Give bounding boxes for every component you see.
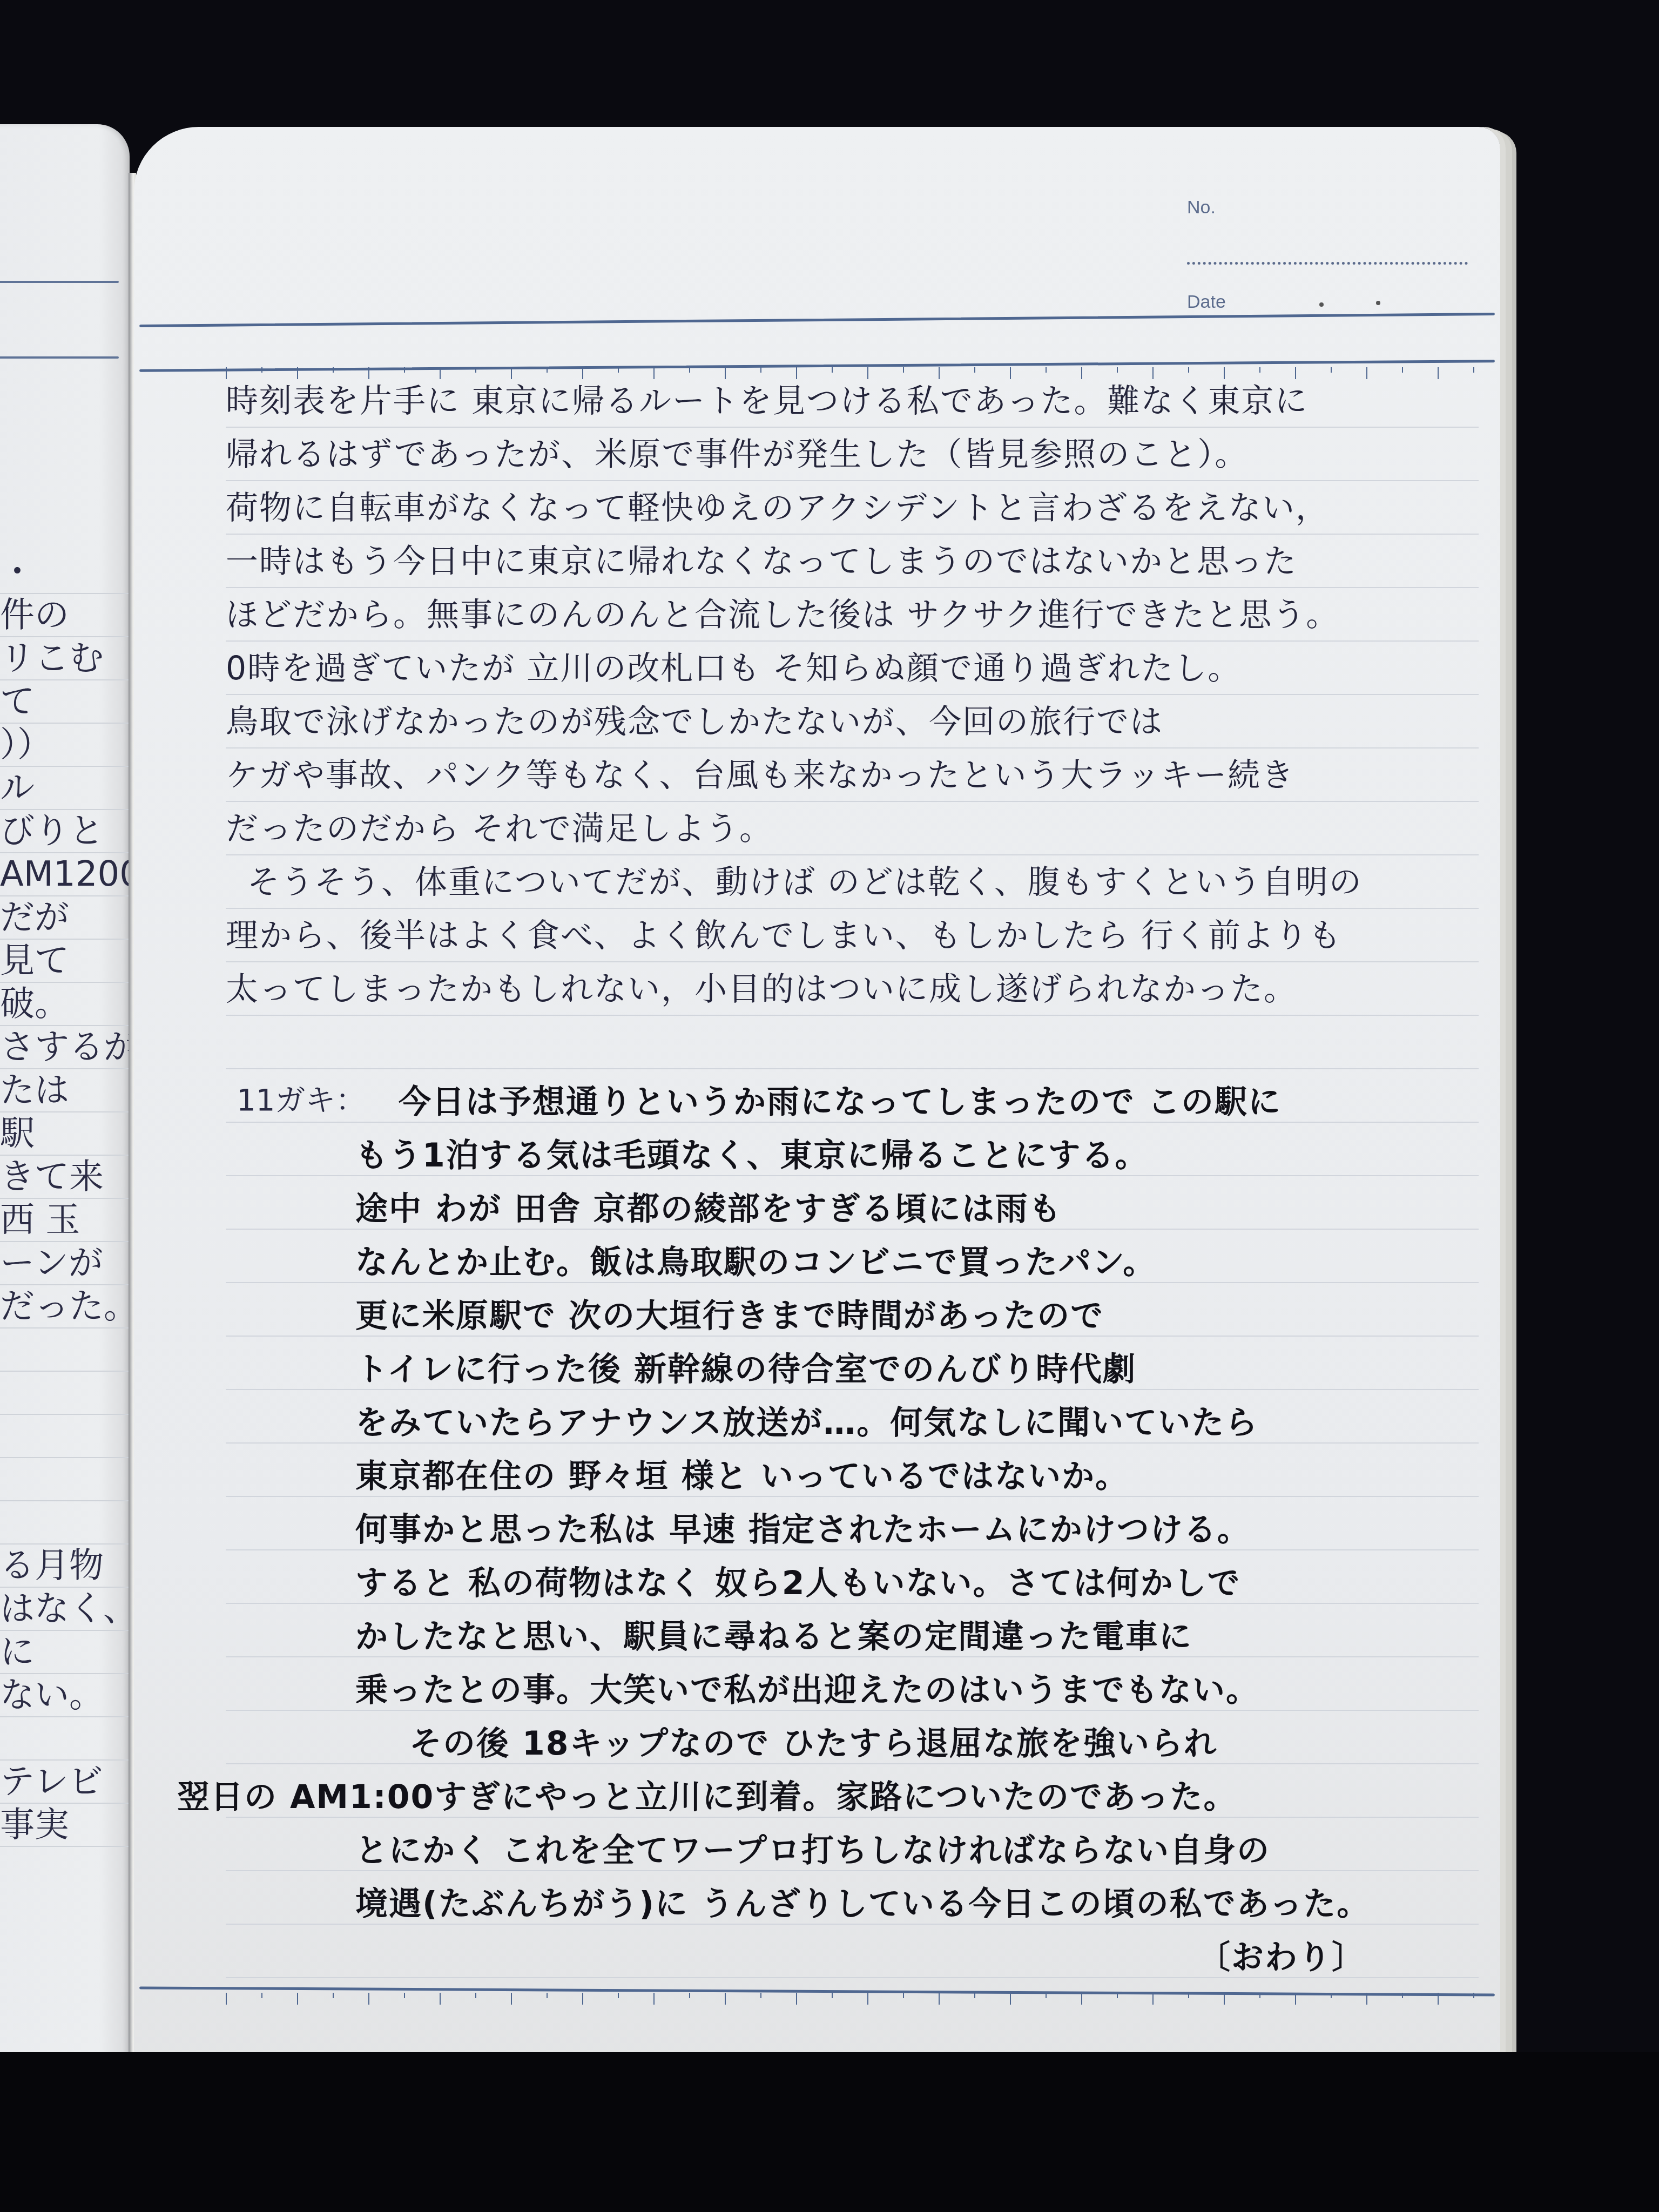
- rule-tick-mark: [1473, 1993, 1474, 1998]
- rule-tick-mark: [1117, 367, 1118, 373]
- rule-tick-mark: [1259, 367, 1260, 373]
- ruled-line: [226, 694, 1479, 695]
- rule-tick-mark: [1366, 1993, 1367, 2005]
- rule-tick-mark: [1046, 367, 1047, 373]
- no-label: No.: [1187, 197, 1216, 218]
- rule-tick-mark: [1295, 1993, 1296, 2005]
- rule-tick-mark: [261, 1993, 262, 1998]
- ruled-line: [226, 747, 1479, 748]
- rule-tick-mark: [867, 1993, 868, 2005]
- paragraph-3-line: 翌日の AM1:00すぎにやっと立川に到着。家路についたのであった。: [177, 1771, 1237, 1818]
- ruled-line: [226, 908, 1479, 909]
- rule-tick-mark: [1046, 1993, 1047, 1998]
- left-page-fragment: ーンが: [0, 1242, 130, 1285]
- left-page-fragment: て: [0, 680, 130, 724]
- left-page-fragment: 事実: [0, 1804, 130, 1847]
- paragraph-2-line: 太ってしまったかもしれない，小目的はついに成し遂げられなかった。: [226, 963, 1297, 1010]
- rule-tick-mark: [760, 1993, 761, 1998]
- rule-tick-mark: [1117, 1993, 1118, 1998]
- ruled-line: [226, 534, 1479, 535]
- rule-tick-mark: [1010, 1993, 1011, 2005]
- paragraph-3-line: かしたなと思い、駅員に尋ねると案の定間違った電車に: [355, 1611, 1192, 1657]
- paragraph-3-line: 何事かと思った私は 早速 指定されたホームにかけつける。: [355, 1504, 1251, 1550]
- rule-tick-mark: [618, 367, 619, 373]
- left-page-fragment: [0, 1372, 130, 1415]
- rule-tick-mark: [261, 367, 262, 373]
- paragraph-2-line: 理から、後半はよく食べ、よく飲んでしまい、もしかしたら 行く前よりも: [226, 910, 1342, 956]
- left-page-fragment: 西 玉: [0, 1199, 130, 1242]
- no-field-dotted-line: [1187, 262, 1468, 265]
- rule-tick-mark: [653, 1993, 655, 2005]
- paragraph-1-line: ほどだから。無事にのんのんと合流した後は サクサク進行できたと思う。: [226, 589, 1339, 636]
- rule-tick-mark: [689, 367, 690, 373]
- rule-tick-mark: [1402, 367, 1403, 373]
- paragraph-1-line: 一時はもう今日中に東京に帰れなくなってしまうのではないかと思った: [226, 536, 1297, 582]
- left-page-fragment: [0, 1458, 130, 1501]
- rule-tick-mark: [1331, 367, 1332, 373]
- rule-tick-mark: [582, 1993, 583, 2005]
- paragraph-1-line: 帰れるはずであったが、米原で事件が発生した（皆見参照のこと）。: [226, 429, 1248, 475]
- rule-tick-mark: [832, 1993, 833, 1998]
- rule-tick-mark: [404, 367, 405, 373]
- rule-tick-mark: [1081, 1993, 1082, 2005]
- left-page-fragment: ・: [0, 551, 130, 594]
- left-page-text-fragments: ・件のリこむて））ルびりとAM1200だが見て破。さするがたは駅きて来西 玉ーン…: [0, 551, 130, 1847]
- rule-tick-mark: [939, 1993, 940, 2005]
- left-page-fragment: きて来: [0, 1156, 130, 1199]
- date-label: Date: [1187, 292, 1226, 313]
- paragraph-3-line: 途中 わが 田舎 京都の綾部をすぎる頃には雨も: [355, 1183, 1062, 1230]
- rule-tick-mark: [297, 1993, 298, 2005]
- rule-tick-mark: [1259, 1993, 1260, 1998]
- rule-tick-mark: [1224, 1993, 1225, 2005]
- rule-tick-mark: [547, 367, 548, 373]
- ruled-line: [226, 961, 1479, 962]
- rule-tick-mark: [903, 367, 904, 373]
- left-page-fragment: さするが: [0, 1026, 130, 1069]
- rule-tick-mark: [475, 1993, 476, 1998]
- section-label: 11ガキ：: [237, 1076, 366, 1120]
- rule-tick-mark: [1331, 1993, 1332, 1998]
- paragraph-1-line: 時刻表を片手に 東京に帰るルートを見つける私であった。難なく東京に: [226, 375, 1308, 422]
- rule-tick-mark: [689, 1993, 690, 1998]
- rule-tick-mark: [1188, 367, 1189, 373]
- paragraph-3-line: 乗ったとの事。大笑いで私が出迎えたのはいうまでもない。: [355, 1664, 1259, 1711]
- left-page-fragment: はなく、: [0, 1588, 130, 1631]
- left-page-fragment: [0, 1501, 130, 1545]
- paragraph-1-line: 荷物に自転車がなくなって軽快ゆえのアクシデントと言わざるをえない，: [226, 482, 1329, 529]
- left-page-fragment: リこむ: [0, 637, 130, 680]
- paragraph-3-line: その後 18キップなので ひたすら退屈な旅を強いられ: [409, 1718, 1217, 1764]
- left-page-fragment: びりと: [0, 810, 130, 853]
- paragraph-3-line: 東京都在住の 野々垣 様と いっているではないか。: [355, 1451, 1129, 1497]
- left-page-fragment: 件の: [0, 594, 130, 637]
- rule-tick-mark: [333, 1993, 334, 1998]
- date-separator-dot: [1376, 301, 1380, 305]
- rule-tick-mark: [1438, 1993, 1439, 2005]
- rule-tick-mark: [511, 1993, 512, 2005]
- paragraph-3-line: なんとか止む。飯は鳥取駅のコンビニで買ったパン。: [355, 1237, 1156, 1283]
- ruled-line: [226, 801, 1479, 802]
- date-separator-dot: [1319, 302, 1324, 307]
- rule-tick-mark: [226, 1993, 227, 2005]
- ruled-line: [226, 427, 1479, 428]
- left-page-fragment: 破。: [0, 983, 130, 1026]
- paragraph-3-line: をみていたらアナウンス放送が…。何気なしに聞いていたら: [355, 1397, 1258, 1444]
- left-page-fragment: だが: [0, 896, 130, 940]
- closing-mark: 〔おわり〕: [1198, 1932, 1365, 1978]
- left-page-fragment: 見て: [0, 940, 130, 983]
- rule-tick-mark: [974, 367, 975, 373]
- rule-tick-mark: [1402, 1993, 1403, 1998]
- ruled-line: [226, 854, 1479, 855]
- left-page-fragment: ない。: [0, 1674, 130, 1717]
- paragraph-3-line: トイレに行った後 新幹線の待合室でのんびり時代劇: [355, 1344, 1136, 1390]
- left-page-fragment: [0, 1717, 130, 1761]
- rule-tick-mark: [440, 1993, 441, 2005]
- rule-tick-mark: [796, 1993, 797, 2005]
- paragraph-3-line: 今日は予想通りというか雨になってしまったので この駅に: [399, 1076, 1282, 1123]
- left-page-fragment: に: [0, 1631, 130, 1674]
- left-page-fragment: 駅: [0, 1112, 130, 1156]
- ruled-line: [226, 1015, 1479, 1016]
- left-page-fragment: だった。: [0, 1285, 130, 1328]
- left-page-fragment: [0, 1415, 130, 1458]
- page-header: No. Date: [1187, 176, 1565, 348]
- paragraph-1-line: 鳥取で泳げなかったのが残念でしかたないが、今回の旅行では: [226, 696, 1163, 743]
- ruled-line: [226, 480, 1479, 481]
- left-page-top-rule: [0, 356, 119, 359]
- rule-tick-mark: [974, 1993, 975, 1998]
- rule-tick-mark: [1473, 367, 1474, 373]
- paragraph-2-line: そうそう、体重についてだが、動けば のどは乾く、腹もすくという自明の: [247, 857, 1363, 903]
- left-page-fragment: AM1200: [0, 853, 130, 896]
- rule-tick-mark: [475, 367, 476, 373]
- bottom-rule-ticks: [226, 1993, 1479, 2009]
- left-page-fragment: たは: [0, 1069, 130, 1112]
- rule-tick-mark: [333, 367, 334, 373]
- rule-tick-mark: [1438, 367, 1439, 379]
- rule-tick-mark: [368, 1993, 369, 2005]
- rule-tick-mark: [832, 367, 833, 373]
- paragraph-1-line: だったのだから それで満足しよう。: [226, 803, 773, 849]
- rule-tick-mark: [760, 367, 761, 373]
- left-page-fragment: ル: [0, 767, 130, 810]
- left-page-fragment: [0, 1328, 130, 1372]
- rule-tick-mark: [903, 1993, 904, 1998]
- paragraph-3-line: 更に米原駅で 次の大垣行きまで時間があったので: [355, 1290, 1104, 1337]
- ruled-line: [226, 640, 1479, 642]
- left-page-fragment: テレビ: [0, 1761, 130, 1804]
- left-notebook-page: ・件のリこむて））ルびりとAM1200だが見て破。さするがたは駅きて来西 玉ーン…: [0, 124, 130, 2155]
- rule-tick-mark: [725, 1993, 726, 2005]
- paragraph-1-line: ケガや事故、パンク等もなく、台風も来なかったという大ラッキー続き: [226, 750, 1294, 796]
- paragraph-1-line: 0時を過ぎていたが 立川の改札口も そ知らぬ顔で通り過ぎれたし。: [226, 643, 1241, 689]
- rule-tick-mark: [1366, 367, 1367, 379]
- table-surface: [0, 2052, 1659, 2212]
- ruled-line: [226, 587, 1479, 588]
- left-page-fragment: ））: [0, 724, 130, 767]
- paragraph-3-line: 境遇(たぶんちがう)に うんざりしている今日この頃の私であった。: [355, 1878, 1370, 1925]
- paragraph-3-line: もう1泊する気は毛頭なく、東京に帰ることにする。: [355, 1130, 1149, 1176]
- rule-tick-mark: [1152, 1993, 1154, 2005]
- ruled-line: [226, 1068, 1479, 1069]
- rule-tick-mark: [1188, 1993, 1189, 1998]
- paragraph-3-line: すると 私の荷物はなく 奴ら2人もいない。さては何かしで: [355, 1557, 1241, 1604]
- rule-tick-mark: [404, 1993, 405, 1998]
- left-page-fragment: る月物: [0, 1545, 130, 1588]
- left-page-header-rule: [0, 281, 119, 283]
- rule-tick-mark: [547, 1993, 548, 1998]
- right-notebook-page: No. Date 時刻表を片手に 東京に帰るルートを見つける私であった。難なく東…: [134, 127, 1500, 2168]
- rule-tick-mark: [618, 1993, 619, 1998]
- paragraph-3-line: とにかく これを全てワープロ打ちしなければならない自身の: [355, 1825, 1270, 1871]
